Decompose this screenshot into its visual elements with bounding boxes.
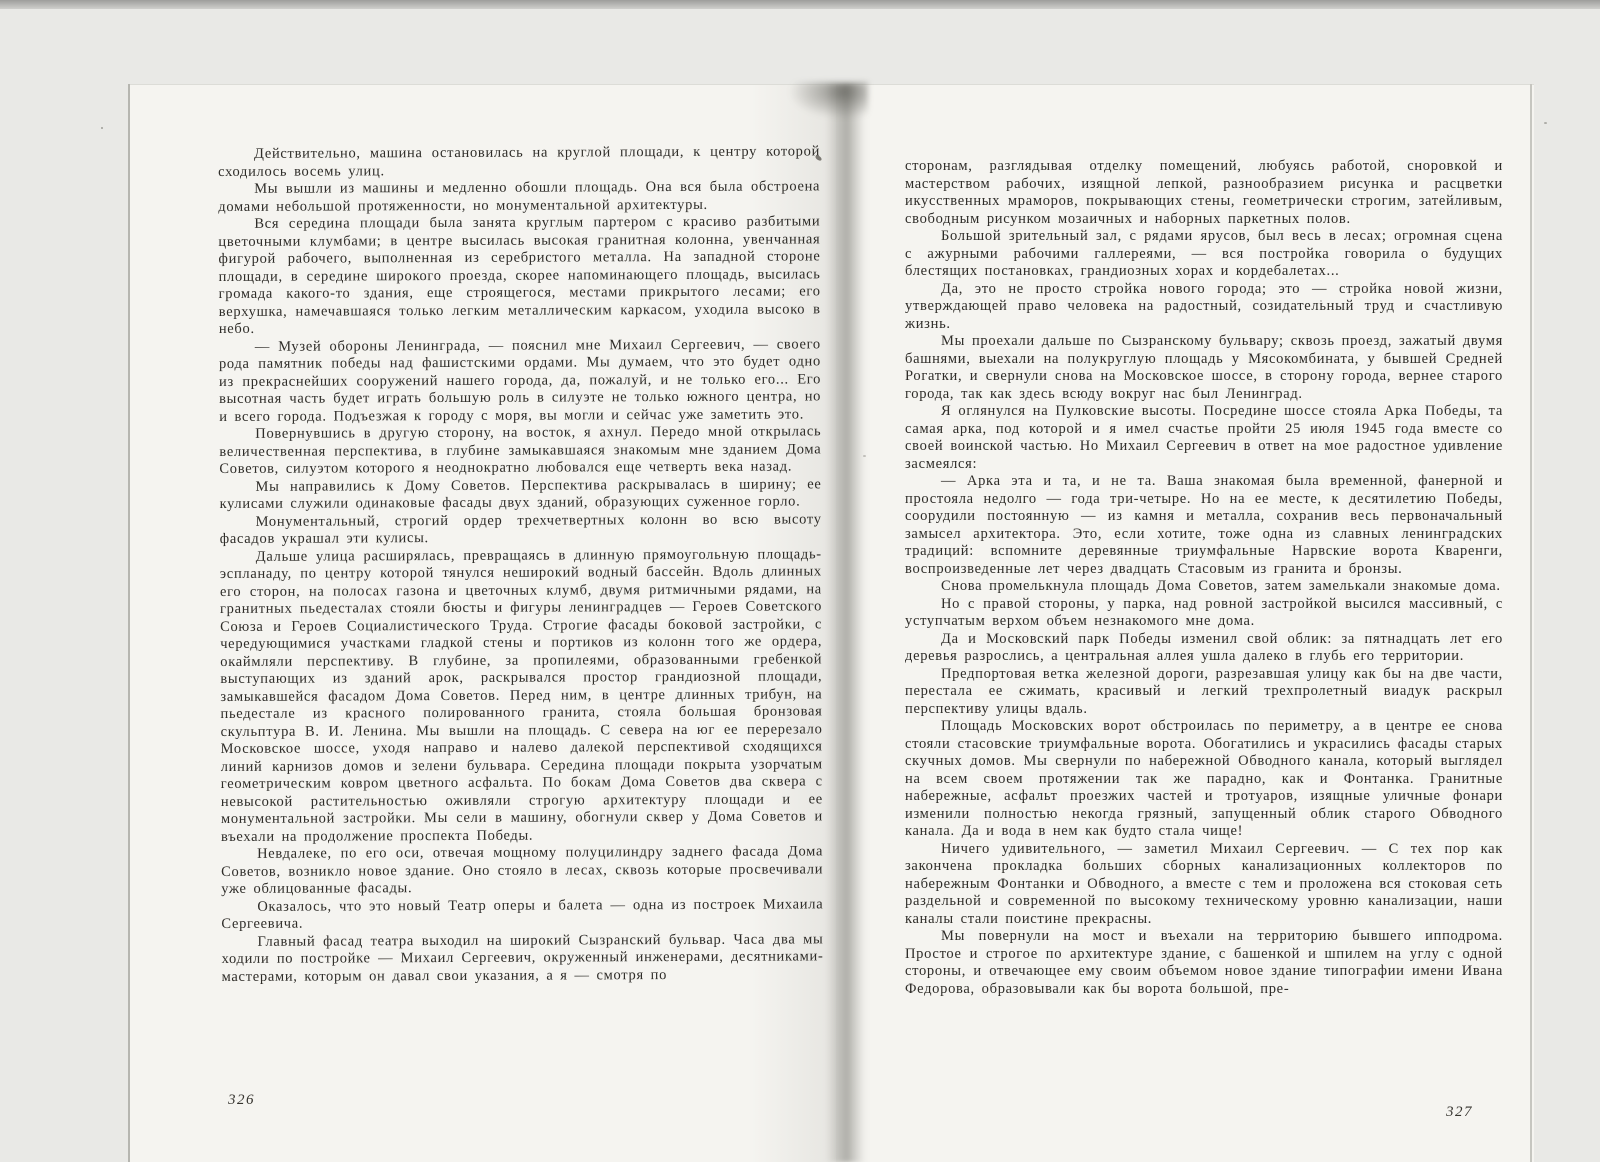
paragraph: Да и Московский парк Победы изменил свой… [905,631,1503,666]
paragraph: Мы вышли из машины и медленно обошли пло… [218,178,820,216]
paragraph: Вся середина площади была занята круглым… [218,213,821,338]
ink-speck [1544,122,1547,124]
left-page-text-column: Действительно, машина остановилась на кр… [218,143,824,1086]
paragraph: — Музей обороны Ленинграда, — пояснил мн… [219,336,821,426]
paragraph: Да, это не просто стройка нового города;… [905,281,1503,334]
paragraph: Предпортовая ветка железной дороги, разр… [905,666,1503,719]
page-number-left: 326 [228,1092,255,1109]
paragraph: Мы повернули на мост и въехали на террит… [905,928,1503,998]
paragraph: Мы направились к Дому Советов. Перспекти… [219,476,821,514]
paragraph: Я оглянулся на Пулковские высоты. Посред… [905,403,1503,473]
paragraph: Но с правой стороны, у парка, над ровной… [905,596,1503,631]
paragraph: сторонам, разглядывая отделку помещений,… [905,158,1503,228]
paragraph: — Арка эта и та, и не та. Ваша знакомая … [905,473,1503,578]
paragraph: Невдалеке, по его оси, отвечая мощному п… [221,843,823,898]
paragraph: Ничего удивительного, — заметил Михаил С… [905,841,1503,929]
paragraph: Мы проехали дальше по Сызранскому бульва… [905,333,1503,403]
book-gutter-top-smudge [790,82,868,118]
ink-speck [101,127,103,129]
right-page-edge-line [1530,84,1532,1162]
page-number-right: 327 [1446,1104,1473,1121]
paragraph: Действительно, машина остановилась на кр… [218,143,820,181]
paragraph: Площадь Московских ворот обстроилась по … [905,718,1503,841]
ink-speck [1320,300,1322,302]
book-gutter-shadow [826,84,864,1162]
right-page-text-column: сторонам, разглядывая отделку помещений,… [905,158,1503,1158]
paragraph: Снова промелькнула площадь Дома Советов,… [905,578,1503,596]
scanned-book-spread: { "left_page": { "page_number": "326", "… [0,0,1600,1162]
ink-speck [863,455,866,457]
paragraph: Монументальный, строгий ордер трехчетвер… [220,511,822,549]
paragraph: Дальше улица расширялась, превращаясь в … [220,546,823,846]
paragraph: Главный фасад театра выходил на широкий … [221,931,823,986]
paragraph: Оказалось, что это новый Театр оперы и б… [221,896,823,934]
scanner-bed-edge [0,0,1600,9]
paragraph: Повернувшись в другую сторону, на восток… [219,423,821,478]
left-page-edge-line [128,84,130,1162]
paragraph: Большой зрительный зал, с рядами ярусов,… [905,228,1503,281]
